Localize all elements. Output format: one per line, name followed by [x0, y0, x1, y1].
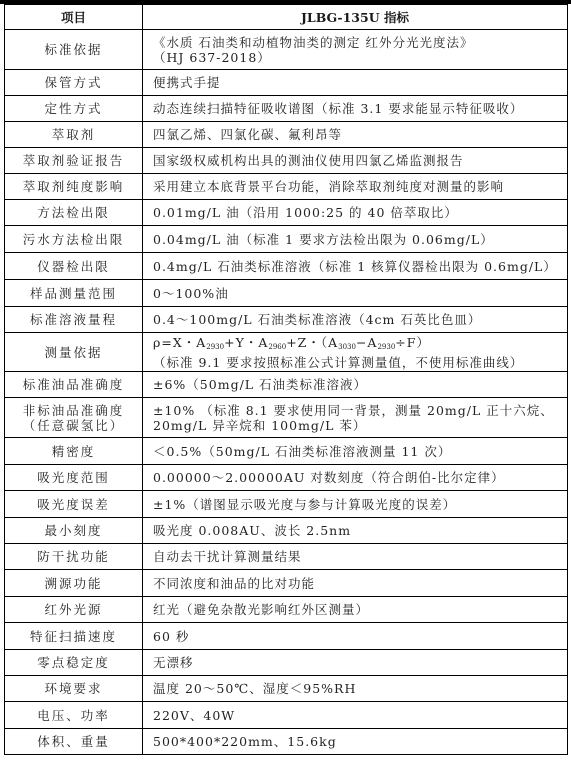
row-spec-line: 四氯乙烯、四氯化碳、氟利昂等 — [153, 127, 567, 142]
table-row: 污水方法检出限0.04mg/L 油（标准 1 要求方法检出限为 0.06mg/L… — [5, 226, 568, 253]
table-row: 精密度＜0.5%（50mg/L 石油类标准溶液测量 11 次） — [5, 438, 568, 465]
row-spec-value: 0～100%油 — [143, 280, 568, 307]
row-item-label-line: 非标油品准确度 — [5, 403, 142, 418]
row-spec-line: ±10% （标准 8.1 要求使用同一背景，测量 20mg/L 正十六烷、 — [153, 403, 567, 418]
formula-part: =X・A — [161, 335, 206, 350]
table-row: 保管方式 便携式手提 — [5, 70, 568, 96]
row-item-label: 萃取剂纯度影响 — [5, 174, 143, 200]
row-spec-line: 20mg/L 异辛烷和 100mg/L 苯） — [153, 418, 567, 433]
formula-subscript: 2960 — [268, 343, 286, 351]
row-item-label: 测量依据 — [5, 333, 143, 372]
row-item-label: 保管方式 — [5, 70, 143, 96]
table-row: 溯源功能不同浓度和油品的比对功能 — [5, 570, 568, 597]
row-spec-line: 0.00000～2.00000AU 对数刻度（符合朗伯-比尔定律） — [153, 470, 567, 485]
row-spec-line: 220V、40W — [153, 708, 567, 723]
row-spec-line: 500*400*220mm、15.6kg — [153, 734, 567, 749]
row-spec-value: 动态连续扫描特征吸收谱图（标准 3.1 要求能显示特征吸收） — [143, 96, 568, 122]
table-row: 萃取剂验证报告国家级权威机构出具的测油仪使用四氯乙烯监测报告 — [5, 148, 568, 174]
table-row: 吸光度范围0.00000～2.00000AU 对数刻度（符合朗伯-比尔定律） — [5, 465, 568, 491]
formula-part: +Z・（A — [286, 335, 338, 350]
table-header-row: 项目 JLBG-135U 指标 — [5, 5, 568, 30]
table-row: 样品测量范围0～100%油 — [5, 280, 568, 307]
table-row: 萃取剂四氯乙烯、四氯化碳、氟利昂等 — [5, 122, 568, 148]
row-spec-value: ±10% （标准 8.1 要求使用同一背景，测量 20mg/L 正十六烷、20m… — [143, 398, 568, 438]
formula-subscript: 3030 — [338, 343, 356, 351]
row-item-label: 萃取剂验证报告 — [5, 148, 143, 174]
row-spec-value: 0.4mg/L 石油类标准溶液（标准 1 核算仪器检出限为 0.6mg/L） — [143, 253, 568, 280]
row-spec-value: 国家级权威机构出具的测油仪使用四氯乙烯监测报告 — [143, 148, 568, 174]
row-item-label: 标准油品准确度 — [5, 372, 143, 398]
table-row: 标准油品准确度±6%（50mg/L 石油类标准溶液） — [5, 372, 568, 398]
table-row: 电压、功率220V、40W — [5, 702, 568, 729]
row-item-label: 污水方法检出限 — [5, 226, 143, 253]
row-spec-value: 60 秒 — [143, 623, 568, 650]
row-item-label: 体积、重量 — [5, 729, 143, 755]
row-spec-value: ±1%（谱图显示吸光度与参与计算吸光度的误差） — [143, 491, 568, 518]
row-spec-value: ＜0.5%（50mg/L 石油类标准溶液测量 11 次） — [143, 438, 568, 465]
row-spec-value: 500*400*220mm、15.6kg — [143, 729, 568, 755]
row-spec-value: 《水质 石油类和动植物油类的测定 红外分光光度法》（HJ 637-2018） — [143, 30, 568, 70]
row-spec-line: ±6%（50mg/L 石油类标准溶液） — [153, 377, 567, 392]
row-item-label: 红外光源 — [5, 597, 143, 623]
row-item-label: 防干扰功能 — [5, 544, 143, 570]
row-spec-value: 便携式手提 — [143, 70, 568, 96]
table-body: 标准依据《水质 石油类和动植物油类的测定 红外分光光度法》（HJ 637-201… — [5, 30, 568, 755]
row-item-label: 萃取剂 — [5, 122, 143, 148]
header-spec: JLBG-135U 指标 — [143, 5, 568, 30]
row-item-label: 溯源功能 — [5, 570, 143, 597]
formula-subscript: 2930 — [377, 343, 395, 351]
row-spec-value: 红光（避免杂散光影响红外区测量） — [143, 597, 568, 623]
table-row: 红外光源红光（避免杂散光影响红外区测量） — [5, 597, 568, 623]
row-spec-value: 0.00000～2.00000AU 对数刻度（符合朗伯-比尔定律） — [143, 465, 568, 491]
table-row: 方法检出限0.01mg/L 油（沿用 1000:25 的 40 倍萃取比） — [5, 200, 568, 226]
row-spec-line: （HJ 637-2018） — [153, 50, 567, 65]
row-item-label: 零点稳定度 — [5, 650, 143, 676]
formula-part: ÷F） — [395, 335, 430, 350]
row-item-label: 标准依据 — [5, 30, 143, 70]
row-item-label: 最小刻度 — [5, 518, 143, 544]
table-row: 零点稳定度无漂移 — [5, 650, 568, 676]
row-spec-line: 0.04mg/L 油（标准 1 要求方法检出限为 0.06mg/L） — [153, 232, 567, 247]
row-spec-line: 吸光度 0.008AU、波长 2.5nm — [153, 523, 567, 538]
table-row: 体积、重量500*400*220mm、15.6kg — [5, 729, 568, 755]
row-item-label: 吸光度范围 — [5, 465, 143, 491]
row-spec-line: （标准 9.1 要求按照标准公式计算测量值，不使用标准曲线） — [153, 355, 567, 370]
table-row: 定性方式动态连续扫描特征吸收谱图（标准 3.1 要求能显示特征吸收） — [5, 96, 568, 122]
table-row: 环境要求温度 20～50℃、湿度＜95%RH — [5, 676, 568, 702]
table-row: 标准依据《水质 石油类和动植物油类的测定 红外分光光度法》（HJ 637-201… — [5, 30, 568, 70]
row-spec-line: 0～100%油 — [153, 286, 567, 301]
row-item-label: 吸光度误差 — [5, 491, 143, 518]
table-row: 标准溶液量程0.4～100mg/L 石油类标准溶液（4cm 石英比色皿） — [5, 307, 568, 333]
row-spec-line: 0.4～100mg/L 石油类标准溶液（4cm 石英比色皿） — [153, 312, 567, 327]
row-spec-line: 国家级权威机构出具的测油仪使用四氯乙烯监测报告 — [153, 153, 567, 168]
row-spec-value: 四氯乙烯、四氯化碳、氟利昂等 — [143, 122, 568, 148]
row-spec-value: 吸光度 0.008AU、波长 2.5nm — [143, 518, 568, 544]
row-spec-value: 0.4～100mg/L 石油类标准溶液（4cm 石英比色皿） — [143, 307, 568, 333]
row-spec-value: 温度 20～50℃、湿度＜95%RH — [143, 676, 568, 702]
row-spec-value: 不同浓度和油品的比对功能 — [143, 570, 568, 597]
header-item: 项目 — [5, 5, 143, 30]
row-spec-value: 采用建立本底背景平台功能，消除萃取剂纯度对测量的影响 — [143, 174, 568, 200]
row-spec-line: 动态连续扫描特征吸收谱图（标准 3.1 要求能显示特征吸收） — [153, 101, 567, 116]
table-row: 最小刻度吸光度 0.008AU、波长 2.5nm — [5, 518, 568, 544]
row-spec-line: 不同浓度和油品的比对功能 — [153, 576, 567, 591]
table-row: 萃取剂纯度影响采用建立本底背景平台功能，消除萃取剂纯度对测量的影响 — [5, 174, 568, 200]
formula-subscript: 2930 — [206, 343, 224, 351]
row-spec-line: 60 秒 — [153, 629, 567, 644]
spec-table: 项目 JLBG-135U 指标 标准依据《水质 石油类和动植物油类的测定 红外分… — [4, 4, 568, 755]
row-item-label-line: （任意碳氢比） — [5, 418, 142, 433]
table-row: 仪器检出限0.4mg/L 石油类标准溶液（标准 1 核算仪器检出限为 0.6mg… — [5, 253, 568, 280]
row-spec-line: 便携式手提 — [153, 75, 567, 90]
row-item-label: 非标油品准确度（任意碳氢比） — [5, 398, 143, 438]
row-item-label: 标准溶液量程 — [5, 307, 143, 333]
row-spec-line: 0.4mg/L 石油类标准溶液（标准 1 核算仪器检出限为 0.6mg/L） — [153, 259, 567, 274]
row-spec-value: 0.01mg/L 油（沿用 1000:25 的 40 倍萃取比） — [143, 200, 568, 226]
row-spec-line: 无漂移 — [153, 655, 567, 670]
table-row: 非标油品准确度（任意碳氢比）±10% （标准 8.1 要求使用同一背景，测量 2… — [5, 398, 568, 438]
row-spec-line: ±1%（谱图显示吸光度与参与计算吸光度的误差） — [153, 497, 567, 512]
row-item-label: 方法检出限 — [5, 200, 143, 226]
row-spec-line: 自动去干扰计算测量结果 — [153, 549, 567, 564]
row-item-label: 特征扫描速度 — [5, 623, 143, 650]
row-spec-line: 0.01mg/L 油（沿用 1000:25 的 40 倍萃取比） — [153, 205, 567, 220]
row-spec-value: 无漂移 — [143, 650, 568, 676]
formula-line: ρ=X・A2930+Y・A2960+Z・（A3030−A2930÷F） — [153, 335, 567, 355]
row-spec-value: ρ=X・A2930+Y・A2960+Z・（A3030−A2930÷F）（标准 9… — [143, 333, 568, 372]
row-item-label: 样品测量范围 — [5, 280, 143, 307]
formula-part: +Y・A — [224, 335, 268, 350]
row-spec-value: 0.04mg/L 油（标准 1 要求方法检出限为 0.06mg/L） — [143, 226, 568, 253]
row-item-label: 定性方式 — [5, 96, 143, 122]
row-spec-line: ＜0.5%（50mg/L 石油类标准溶液测量 11 次） — [153, 444, 567, 459]
row-item-label: 电压、功率 — [5, 702, 143, 729]
formula-part: −A — [356, 335, 378, 350]
row-spec-line: 采用建立本底背景平台功能，消除萃取剂纯度对测量的影响 — [153, 179, 567, 194]
table-row: 特征扫描速度60 秒 — [5, 623, 568, 650]
table-row: 测量依据ρ=X・A2930+Y・A2960+Z・（A3030−A2930÷F）（… — [5, 333, 568, 372]
row-spec-value: 自动去干扰计算测量结果 — [143, 544, 568, 570]
row-spec-value: ±6%（50mg/L 石油类标准溶液） — [143, 372, 568, 398]
row-item-label: 仪器检出限 — [5, 253, 143, 280]
row-spec-line: 红光（避免杂散光影响红外区测量） — [153, 602, 567, 617]
row-item-label: 环境要求 — [5, 676, 143, 702]
row-spec-line: 《水质 石油类和动植物油类的测定 红外分光光度法》 — [153, 35, 567, 50]
row-spec-value: 220V、40W — [143, 702, 568, 729]
row-spec-line: 温度 20～50℃、湿度＜95%RH — [153, 681, 567, 696]
table-row: 吸光度误差±1%（谱图显示吸光度与参与计算吸光度的误差） — [5, 491, 568, 518]
table-row: 防干扰功能自动去干扰计算测量结果 — [5, 544, 568, 570]
row-item-label: 精密度 — [5, 438, 143, 465]
